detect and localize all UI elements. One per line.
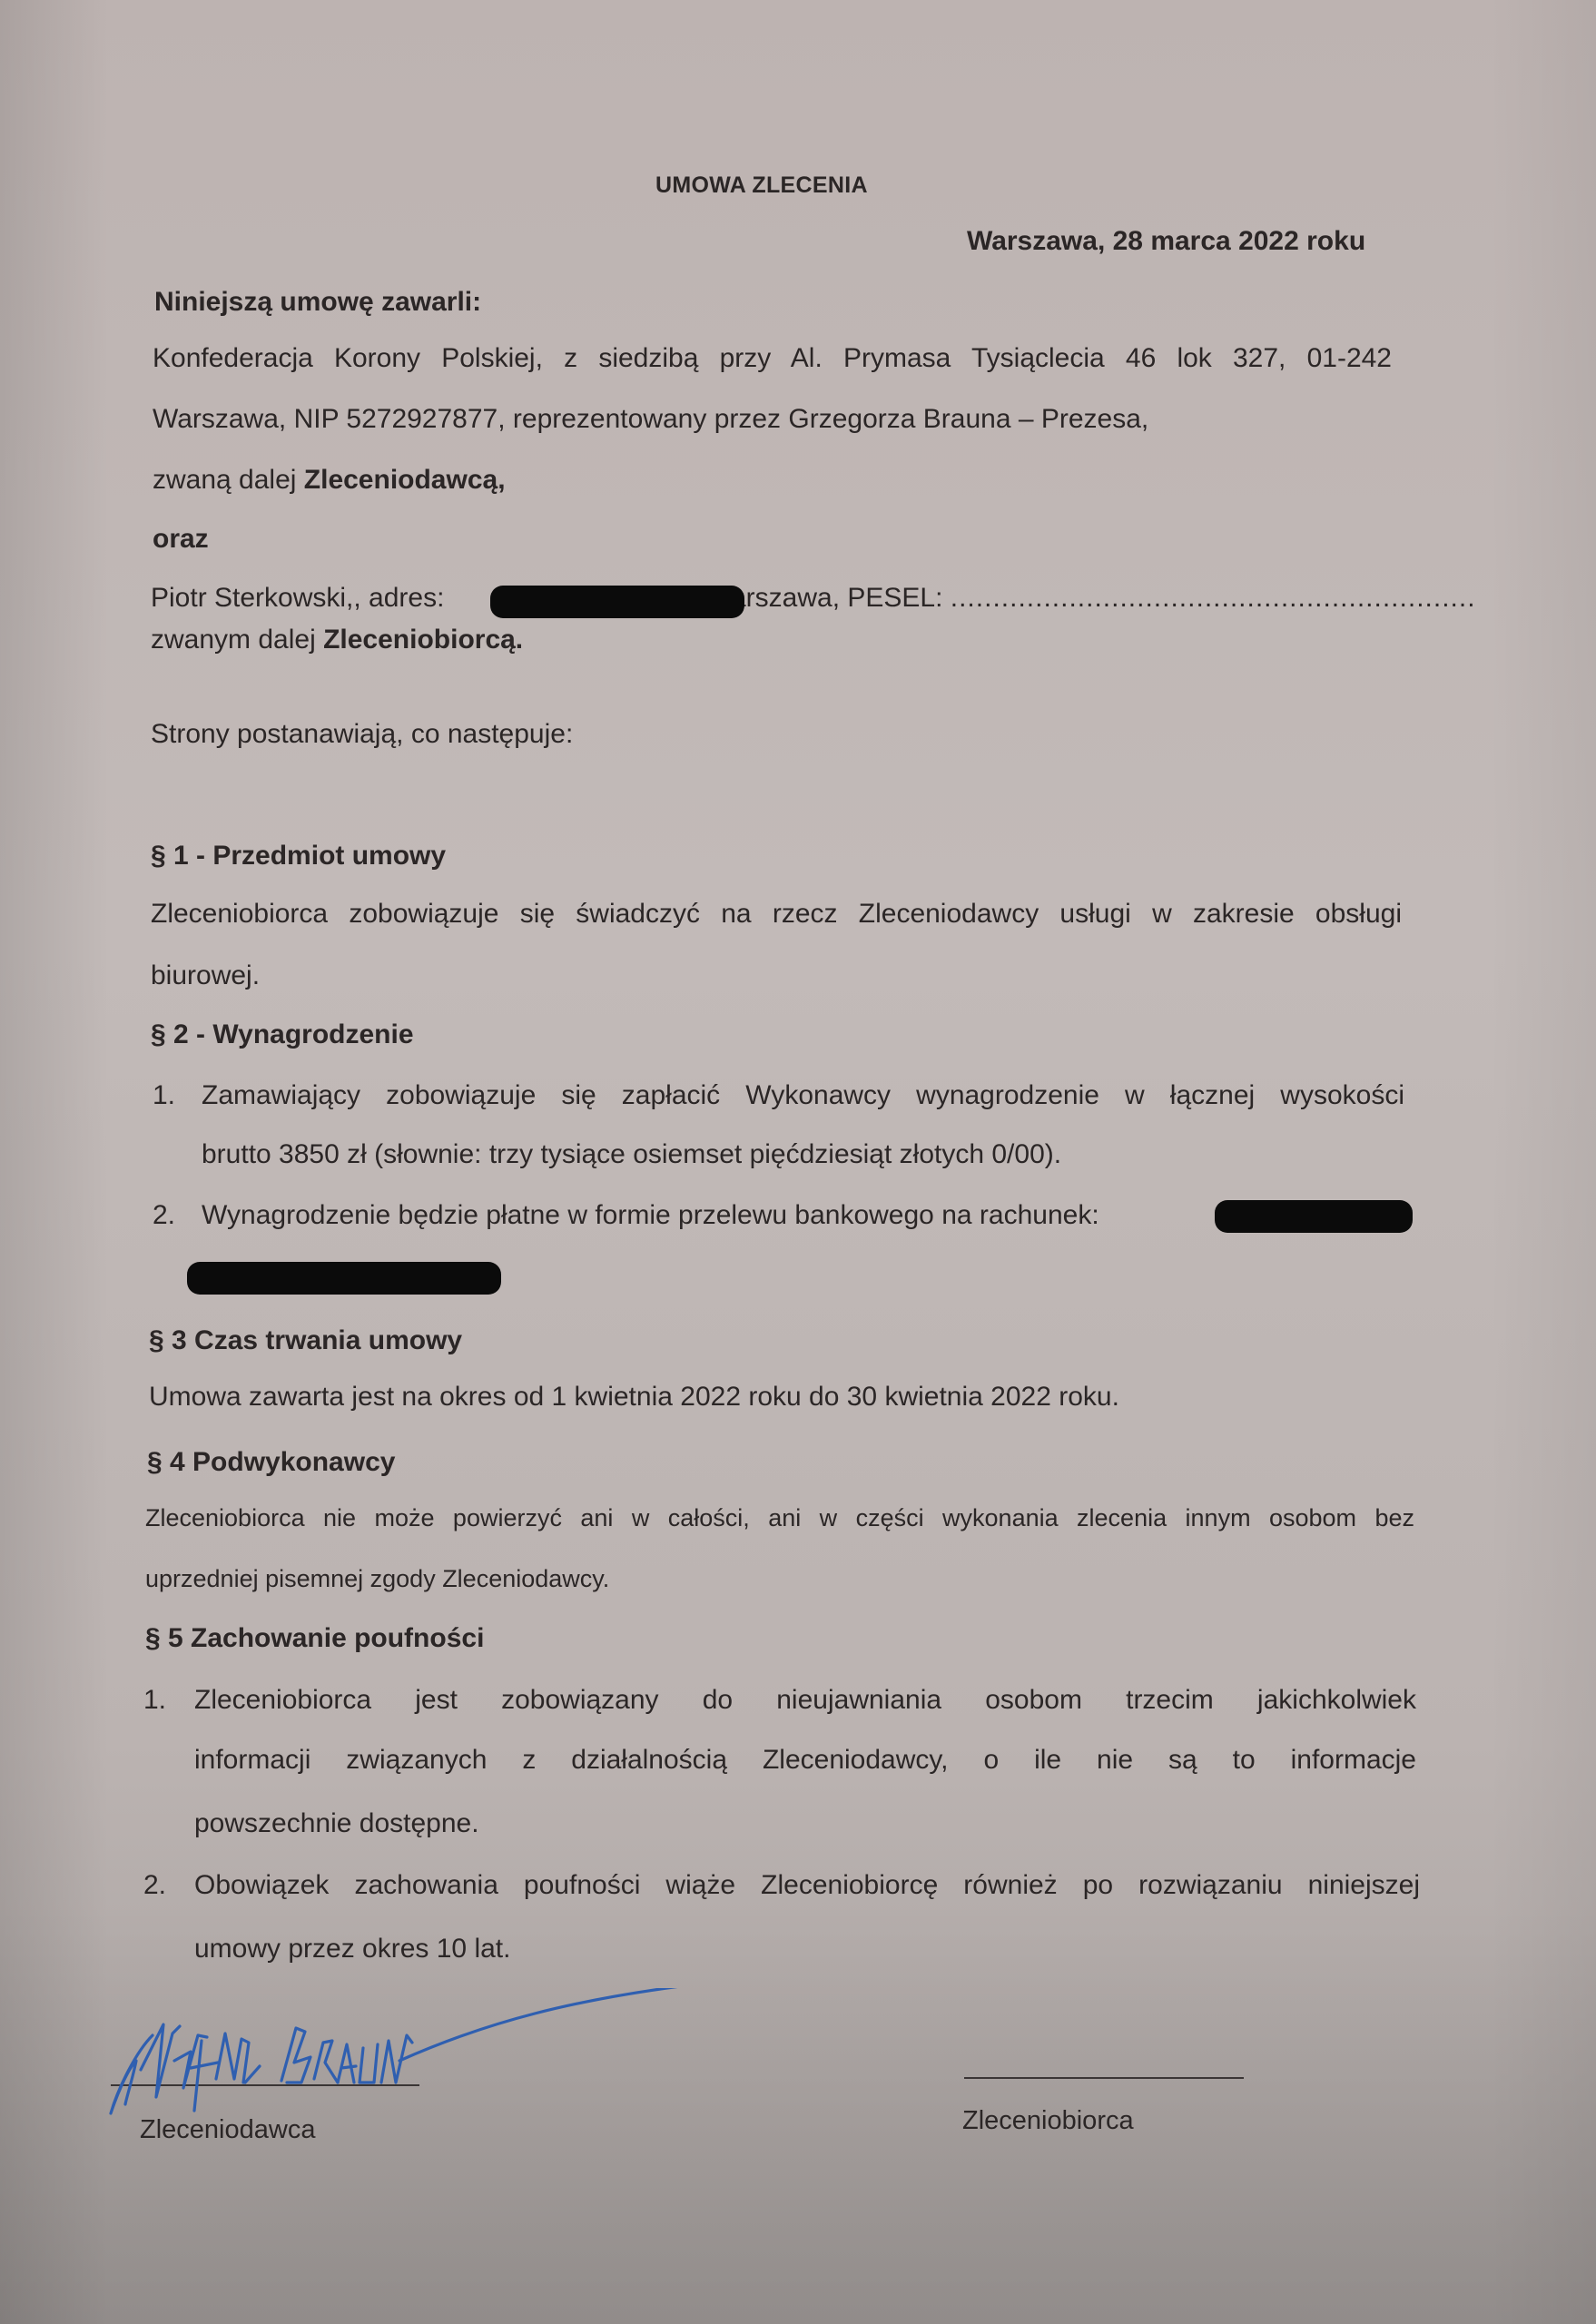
client-signature-label: Zleceniodawca: [140, 2115, 315, 2145]
section-2-heading: § 2 - Wynagrodzenie: [151, 1019, 414, 1050]
section-5-item2-line1: Obowiązek zachowania poufności wiąże Zle…: [194, 1870, 1420, 1901]
contractor-signature-label: Zleceniobiorca: [962, 2106, 1134, 2136]
pesel-placeholder: ........................................…: [951, 583, 1476, 613]
section-4-line2: uprzedniej pisemnej zgody Zleceniodawcy.: [145, 1565, 609, 1593]
redacted-account-part1: [1215, 1200, 1413, 1233]
section-2-item2-num: 2.: [153, 1200, 175, 1231]
section-3-heading: § 3 Czas trwania umowy: [149, 1325, 462, 1356]
document-title: UMOWA ZLECENIA: [655, 172, 868, 199]
section-4-line1: Zleceniobiorca nie może powierzyć ani w …: [145, 1504, 1414, 1532]
party1-role: Zleceniodawcą,: [304, 465, 506, 495]
section-5-item2-line2: umowy przez okres 10 lat.: [194, 1934, 510, 1965]
redacted-account-part2: [187, 1262, 501, 1295]
contractor-signature-line: [964, 2077, 1244, 2079]
conjunction: oraz: [153, 524, 209, 555]
section-5-item2-num: 2.: [143, 1870, 166, 1901]
party1-line1: Konfederacja Korony Polskiej, z siedzibą…: [153, 343, 1392, 374]
party2-line1: Piotr Sterkowski,, adres: Warszawa, PESE…: [151, 583, 1476, 614]
section-3-line1: Umowa zawarta jest na okres od 1 kwietni…: [149, 1382, 1119, 1413]
intro-heading: Niniejszą umowę zawarli:: [154, 287, 481, 318]
party1-line3: zwaną dalej Zleceniodawcą,: [153, 465, 506, 496]
section-1-line2: biurowej.: [151, 960, 260, 991]
section-5-item1-num: 1.: [143, 1685, 166, 1716]
section-5-item1-line2: informacji związanych z działalnością Zl…: [194, 1745, 1416, 1776]
party1-line2: Warszawa, NIP 5272927877, reprezentowany…: [153, 404, 1148, 435]
party1-label: zwaną dalej: [153, 465, 304, 495]
client-handwritten-signature: [100, 1988, 754, 2124]
place-date: Warszawa, 28 marca 2022 roku: [967, 226, 1365, 257]
party2-line2: zwanym dalej Zleceniobiorcą.: [151, 625, 523, 655]
section-1-heading: § 1 - Przedmiot umowy: [151, 841, 446, 871]
redacted-address: [490, 586, 744, 618]
section-2-item1-line1: Zamawiający zobowiązuje się zapłacić Wyk…: [202, 1080, 1404, 1111]
section-2-item1-num: 1.: [153, 1080, 175, 1111]
section-2-item2-line1: Wynagrodzenie będzie płatne w formie prz…: [202, 1200, 1099, 1231]
section-5-heading: § 5 Zachowanie poufności: [145, 1623, 484, 1654]
document-page: UMOWA ZLECENIA Warszawa, 28 marca 2022 r…: [0, 0, 1596, 2324]
section-5-item1-line1: Zleceniobiorca jest zobowiązany do nieuj…: [194, 1685, 1416, 1716]
party2-name: Piotr Sterkowski,, adres:: [151, 583, 452, 613]
section-2-item1-line2: brutto 3850 zł (słownie: trzy tysiące os…: [202, 1139, 1061, 1170]
party2-label: zwanym dalej: [151, 625, 323, 655]
section-4-heading: § 4 Podwykonawcy: [147, 1447, 395, 1478]
preamble: Strony postanawiają, co następuje:: [151, 719, 573, 750]
section-5-item1-line3: powszechnie dostępne.: [194, 1808, 479, 1839]
party2-role: Zleceniobiorcą.: [323, 625, 523, 655]
section-1-line1: Zleceniobiorca zobowiązuje się świadczyć…: [151, 899, 1402, 930]
